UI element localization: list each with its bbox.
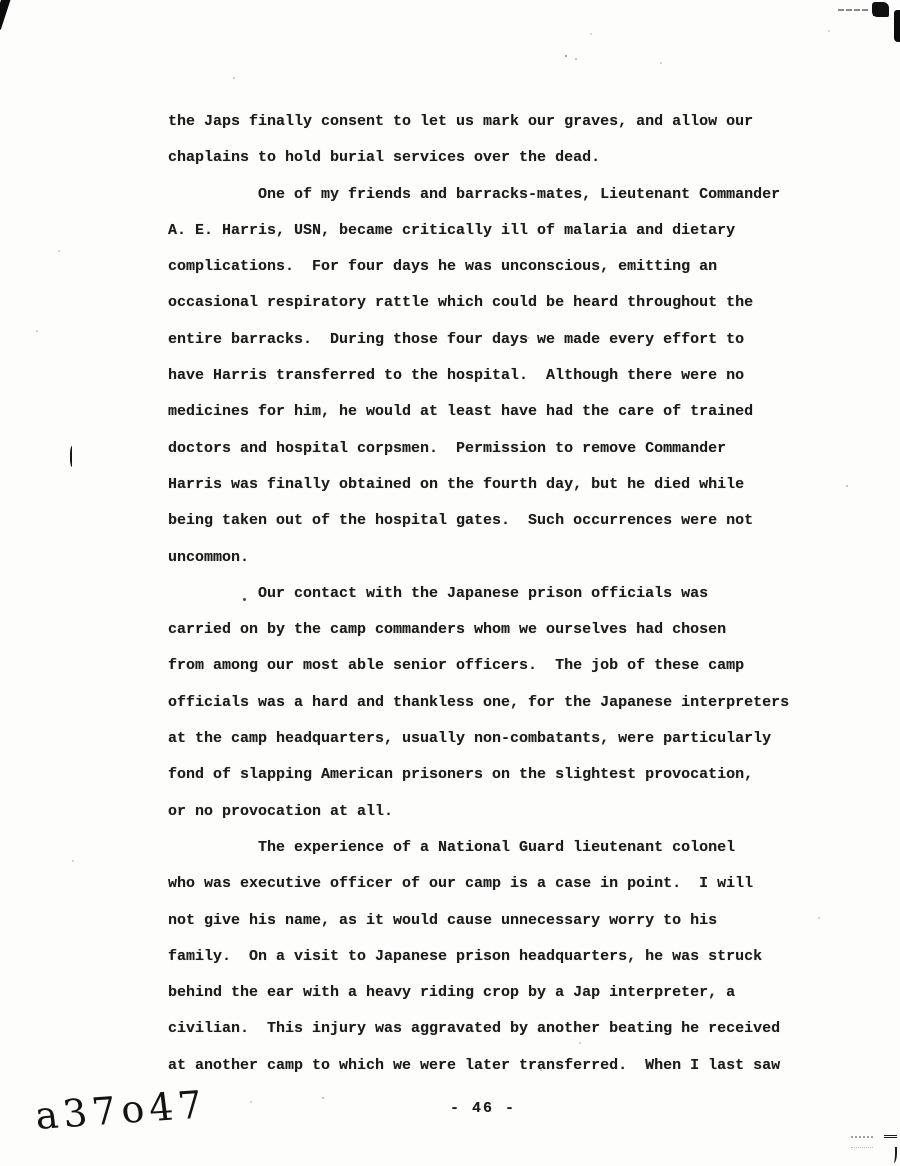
text-line: the Japs finally consent to let us mark …	[168, 104, 868, 140]
text-line: at the camp headquarters, usually non-co…	[168, 721, 868, 757]
text-line: occasional respiratory rattle which coul…	[168, 285, 868, 321]
text-line: who was executive officer of our camp is…	[168, 866, 868, 902]
top-right-faint-dashes	[838, 9, 868, 14]
text-line: medicines for him, he would at least hav…	[168, 394, 868, 430]
text-line: civilian. This injury was aggravated by …	[168, 1011, 868, 1047]
text-line: or no provocation at all.	[168, 794, 868, 830]
page-number: - 46 -	[168, 1100, 798, 1117]
left-margin-pen-mark	[70, 446, 75, 467]
text-line: A. E. Harris, USN, became critically ill…	[168, 213, 868, 249]
text-line: complications. For four days he was unco…	[168, 249, 868, 285]
text-line: Our contact with the Japanese prison off…	[168, 576, 868, 612]
top-right-ink-smudge	[872, 2, 889, 17]
right-edge-ink-sliver	[894, 10, 900, 42]
text-line: Harris was finally obtained on the fourt…	[168, 467, 868, 503]
text-line: at another camp to which we were later t…	[168, 1048, 868, 1084]
text-line: doctors and hospital corpsmen. Permissio…	[168, 431, 868, 467]
typewritten-text-block: the Japs finally consent to let us mark …	[168, 104, 868, 1084]
text-line: family. On a visit to Japanese prison he…	[168, 939, 868, 975]
text-line: being taken out of the hospital gates. S…	[168, 503, 868, 539]
text-line: not give his name, as it would cause unn…	[168, 903, 868, 939]
text-line: carried on by the camp commanders whom w…	[168, 612, 868, 648]
bottom-right-ink-squiggle	[891, 1147, 897, 1163]
text-line: from among our most able senior officers…	[168, 648, 868, 684]
top-left-corner-ink-stroke	[0, 0, 11, 31]
scan-noise-speckles	[0, 0, 2, 2]
bottom-right-faint-smudge	[851, 1136, 873, 1148]
handwritten-archive-number: a37o47	[33, 1082, 210, 1138]
bottom-right-dark-dash	[884, 1135, 897, 1142]
text-line: behind the ear with a heavy riding crop …	[168, 975, 868, 1011]
text-line: have Harris transferred to the hospital.…	[168, 358, 868, 394]
text-line: fond of slapping American prisoners on t…	[168, 757, 868, 793]
scanned-document-page: the Japs finally consent to let us mark …	[0, 0, 900, 1166]
text-line: One of my friends and barracks-mates, Li…	[168, 177, 868, 213]
text-line: The experience of a National Guard lieut…	[168, 830, 868, 866]
text-line: uncommon.	[168, 540, 868, 576]
text-line: entire barracks. During those four days …	[168, 322, 868, 358]
text-line: officials was a hard and thankless one, …	[168, 685, 868, 721]
text-line: chaplains to hold burial services over t…	[168, 140, 868, 176]
